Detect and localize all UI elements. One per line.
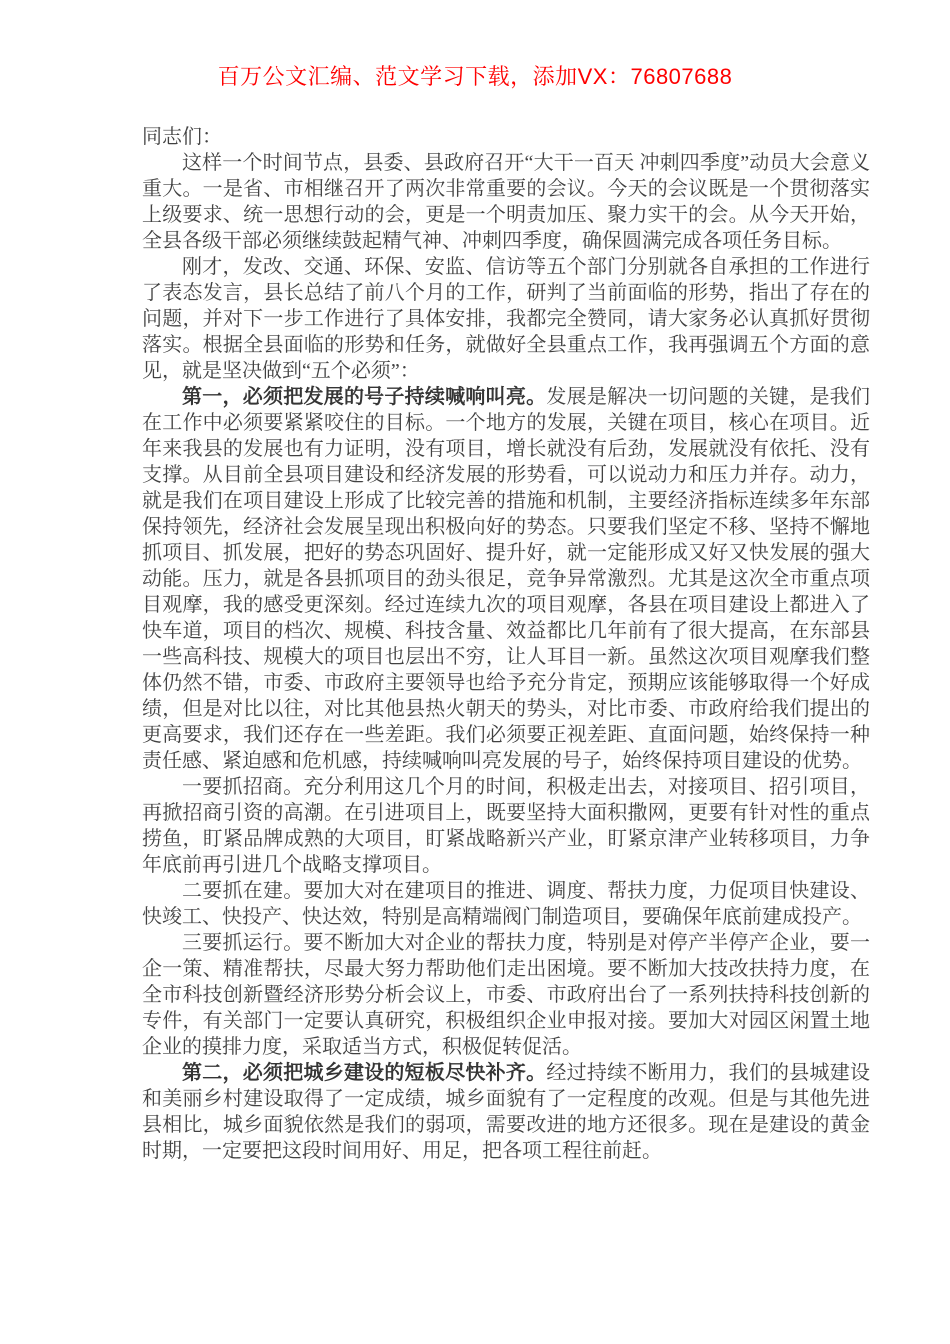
paragraph-lead: 第二，必须把城乡建设的短板尽快补齐。 [182,1062,546,1084]
paragraph: 第一，必须把发展的号子持续喊响叫亮。发展是解决一切问题的关键，是我们在工作中必须… [142,384,870,774]
paragraph: 第二，必须把城乡建设的短板尽快补齐。经过持续不断用力，我们的县城建设和美丽乡村建… [142,1060,870,1164]
paragraph-text: 发展是解决一切问题的关键，是我们在工作中必须要紧紧咬住的目标。一个地方的发展，关… [142,386,870,772]
paragraph-text: 三要抓运行。要不断加大对企业的帮扶力度，特别是对停产半停产企业，要一企一策、精准… [142,932,870,1058]
paragraph: 刚才，发改、交通、环保、安监、信访等五个部门分别就各自承担的工作进行了表态发言，… [142,254,870,384]
document-body: 同志们： 这样一个时间节点，县委、县政府召开“大干一百天 冲刺四季度”动员大会意… [0,124,950,1164]
paragraph-text: 二要抓在建。要加大对在建项目的推进、调度、帮扶力度，力促项目快建设、快竣工、快投… [142,880,870,928]
promo-header-text: 百万公文汇编、范文学习下载，添加VX：76807688 [0,62,950,92]
paragraph: 一要抓招商。充分利用这几个月的时间，积极走出去，对接项目、招引项目，再掀招商引资… [142,774,870,878]
salutation: 同志们： [142,124,870,150]
paragraph: 二要抓在建。要加大对在建项目的推进、调度、帮扶力度，力促项目快建设、快竣工、快投… [142,878,870,930]
paragraph-lead: 第一，必须把发展的号子持续喊响叫亮。 [182,386,546,408]
paragraph: 这样一个时间节点，县委、县政府召开“大干一百天 冲刺四季度”动员大会意义重大。一… [142,150,870,254]
paragraph-text: 这样一个时间节点，县委、县政府召开“大干一百天 冲刺四季度”动员大会意义重大。一… [142,152,870,252]
paragraph-text: 一要抓招商。充分利用这几个月的时间，积极走出去，对接项目、招引项目，再掀招商引资… [142,776,870,876]
document-page: 百万公文汇编、范文学习下载，添加VX：76807688 同志们： 这样一个时间节… [0,0,950,1344]
paragraph-text: 刚才，发改、交通、环保、安监、信访等五个部门分别就各自承担的工作进行了表态发言，… [142,256,870,382]
paragraph: 三要抓运行。要不断加大对企业的帮扶力度，特别是对停产半停产企业，要一企一策、精准… [142,930,870,1060]
